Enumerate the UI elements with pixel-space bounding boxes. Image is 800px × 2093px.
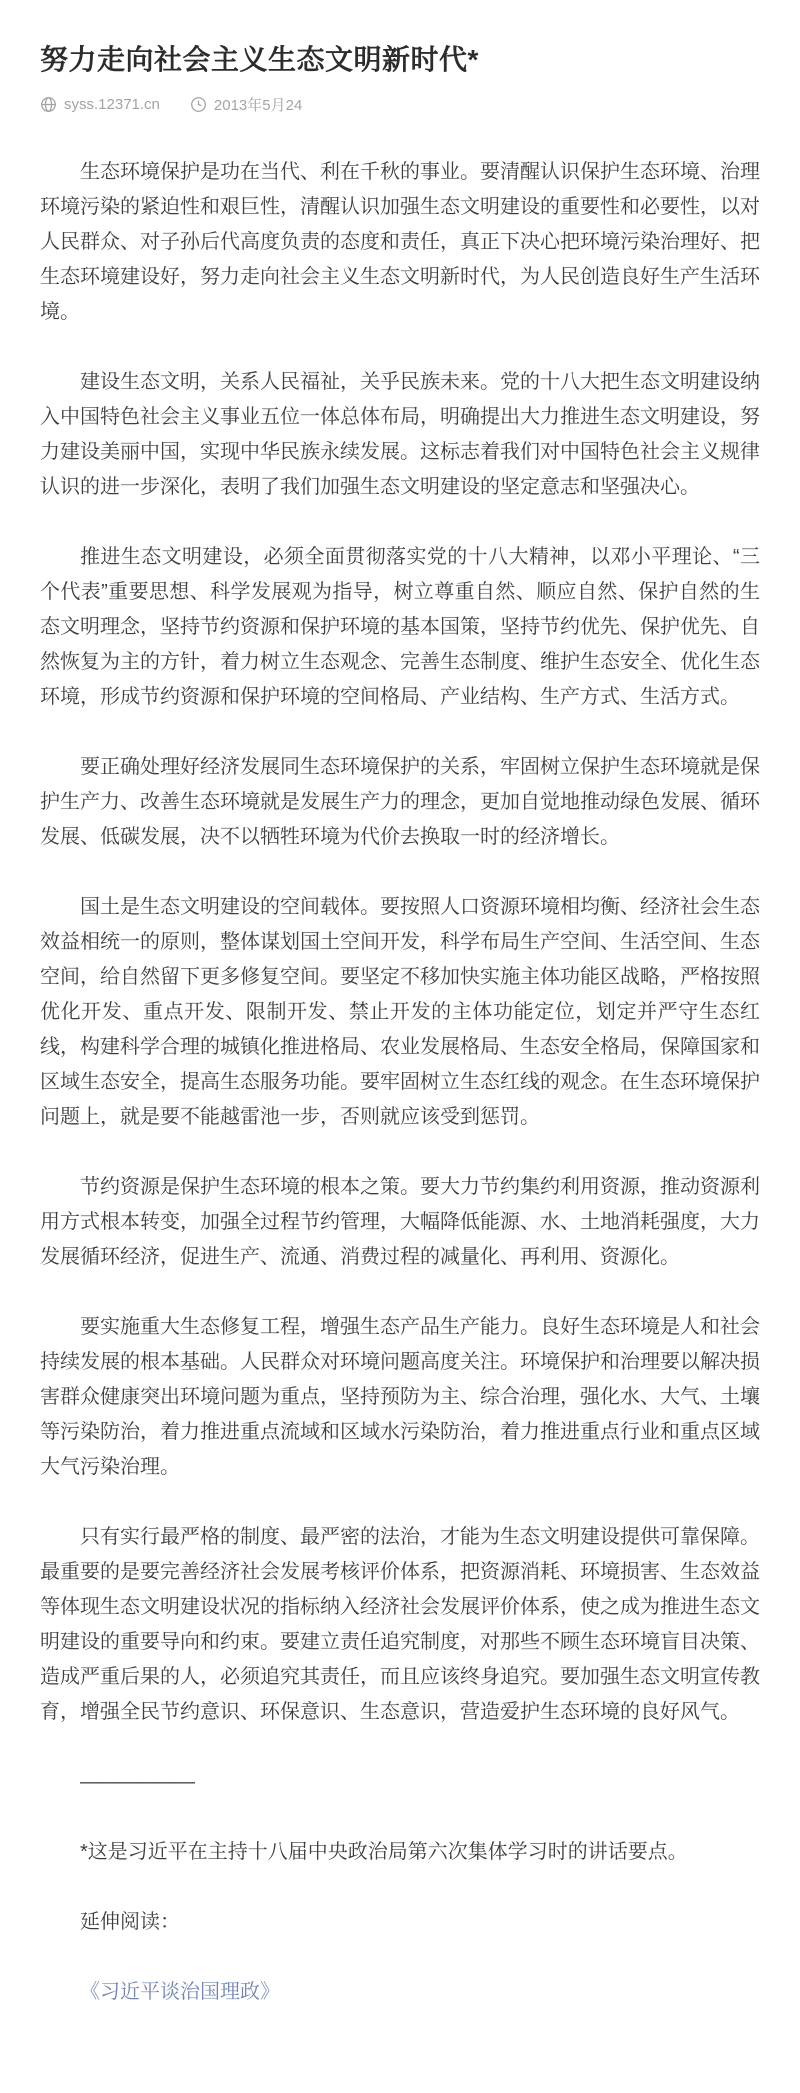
- article-paragraph: 建设生态文明，关系人民福祉，关乎民族未来。党的十八大把生态文明建设纳入中国特色社…: [40, 365, 760, 505]
- article-body: 生态环境保护是功在当代、利在千秋的事业。要清醒认识保护生态环境、治理环境污染的紧…: [40, 155, 760, 2010]
- related-reading-link[interactable]: 《习近平谈治国理政》: [80, 1981, 280, 2003]
- article-title: 努力走向社会主义生态文明新时代*: [40, 42, 760, 78]
- clock-icon: [190, 96, 207, 113]
- related-reading-label: 延伸阅读：: [40, 1905, 760, 1940]
- article-date-label: 2013年5月24: [214, 94, 302, 115]
- article-meta: syss.12371.cn 2013年5月24: [40, 94, 760, 115]
- footnote: *这是习近平在主持十八届中央政治局第六次集体学习时的讲话要点。: [40, 1835, 760, 1870]
- article-paragraph: 要正确处理好经济发展同生态环境保护的关系，牢固树立保护生态环境就是保护生产力、改…: [40, 750, 760, 855]
- article-source: syss.12371.cn: [40, 96, 160, 113]
- related-reading-row: 《习近平谈治国理政》: [40, 1975, 760, 2010]
- article-paragraph: 国土是生态文明建设的空间载体。要按照人口资源环境相均衡、经济社会生态效益相统一的…: [40, 890, 760, 1135]
- article-page: 努力走向社会主义生态文明新时代* syss.12371.cn 2013年5月24: [0, 0, 800, 2093]
- article-paragraph: 只有实行最严格的制度、最严密的法治，才能为生态文明建设提供可靠保障。最重要的是要…: [40, 1520, 760, 1730]
- article-paragraph: 生态环境保护是功在当代、利在千秋的事业。要清醒认识保护生态环境、治理环境污染的紧…: [40, 155, 760, 330]
- article-paragraph: 节约资源是保护生态环境的根本之策。要大力节约集约利用资源，推动资源利用方式根本转…: [40, 1170, 760, 1275]
- section-divider: ——————: [40, 1765, 760, 1800]
- globe-icon: [40, 96, 57, 113]
- article-paragraph: 推进生态文明建设，必须全面贯彻落实党的十八大精神，以邓小平理论、“三个代表”重要…: [40, 540, 760, 715]
- article-date: 2013年5月24: [190, 94, 302, 115]
- article-source-label: syss.12371.cn: [64, 96, 160, 113]
- article-paragraph: 要实施重大生态修复工程，增强生态产品生产能力。良好生态环境是人和社会持续发展的根…: [40, 1310, 760, 1485]
